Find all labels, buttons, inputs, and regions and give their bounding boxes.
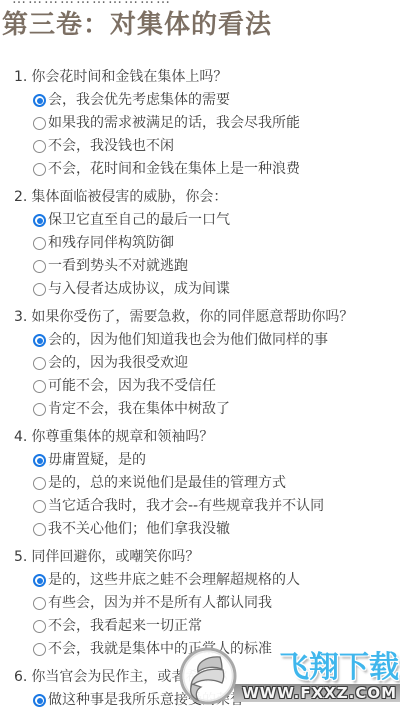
- fxxz-logo-icon: [178, 646, 238, 706]
- option-row[interactable]: 我不关心他们；他们拿我没辙: [0, 518, 400, 541]
- option-label: 有些会，因为并不是所有人都认同我: [48, 592, 272, 615]
- option-row[interactable]: 会的，因为我很受欢迎: [0, 352, 400, 375]
- radio-unselected-icon[interactable]: [33, 237, 46, 250]
- option-label: 是的，这些井底之蛙不会理解超规格的人: [48, 569, 300, 592]
- option-label: 可能不会，因为我不受信任: [48, 375, 216, 398]
- question-label: 同伴回避你，或嘲笑你吗？: [31, 549, 199, 565]
- option-label: 会，我会优先考虑集体的需要: [48, 89, 230, 112]
- option-label: 不会，花时间和金钱在集体上是一种浪费: [48, 158, 300, 181]
- option-label: 毋庸置疑，是的: [48, 449, 146, 472]
- radio-selected-icon[interactable]: [33, 574, 46, 587]
- question-block: 3.如果你受伤了，需要急救，你的同伴愿意帮助你吗？会的，因为他们知道我也会为他们…: [0, 306, 400, 421]
- radio-unselected-icon[interactable]: [33, 163, 46, 176]
- watermark-text-block: 飞翔下载 WWW.FXXZ.COM: [234, 651, 400, 702]
- question-block: 5.同伴回避你，或嘲笑你吗？是的，这些井底之蛙不会理解超规格的人有些会，因为并不…: [0, 546, 400, 661]
- question-text: 2.集体面临被侵害的威胁，你会：: [0, 186, 400, 209]
- option-row[interactable]: 可能不会，因为我不受信任: [0, 375, 400, 398]
- option-label: 如果我的需求被满足的话，我会尽我所能: [48, 112, 300, 135]
- question-text: 5.同伴回避你，或嘲笑你吗？: [0, 546, 400, 569]
- question-block: 1.你会花时间和金钱在集体上吗？会，我会优先考虑集体的需要如果我的需求被满足的话…: [0, 66, 400, 181]
- radio-unselected-icon[interactable]: [33, 283, 46, 296]
- option-row[interactable]: 当它适合我时，我才会--有些规章我并不认同: [0, 495, 400, 518]
- page-title: 第三卷：对集体的看法: [2, 9, 400, 41]
- option-row[interactable]: 毋庸置疑，是的: [0, 449, 400, 472]
- watermark-url: WWW.FXXZ.COM: [234, 684, 400, 702]
- radio-unselected-icon[interactable]: [33, 260, 46, 273]
- option-row[interactable]: 不会，我没钱也不闲: [0, 135, 400, 158]
- question-label: 集体面临被侵害的威胁，你会：: [31, 189, 227, 205]
- option-row[interactable]: 有些会，因为并不是所有人都认同我: [0, 592, 400, 615]
- radio-selected-icon[interactable]: [33, 454, 46, 467]
- option-label: 与入侵者达成协议，成为间谍: [48, 278, 230, 301]
- radio-unselected-icon[interactable]: [33, 140, 46, 153]
- radio-selected-icon[interactable]: [33, 214, 46, 227]
- option-label: 肯定不会，我在集体中树敌了: [48, 398, 230, 421]
- option-label: 一看到势头不对就逃跑: [48, 255, 188, 278]
- question-text: 1.你会花时间和金钱在集体上吗？: [0, 66, 400, 89]
- option-label: 会的，因为我很受欢迎: [48, 352, 188, 375]
- question-number: 1.: [14, 69, 27, 85]
- option-row[interactable]: 不会，花时间和金钱在集体上是一种浪费: [0, 158, 400, 181]
- radio-unselected-icon[interactable]: [33, 403, 46, 416]
- radio-selected-icon[interactable]: [33, 94, 46, 107]
- radio-unselected-icon[interactable]: [33, 357, 46, 370]
- question-label: 你会花时间和金钱在集体上吗？: [31, 69, 227, 85]
- radio-unselected-icon[interactable]: [33, 523, 46, 536]
- option-row[interactable]: 是的，这些井底之蛙不会理解超规格的人: [0, 569, 400, 592]
- option-row[interactable]: 不会，我看起来一切正常: [0, 615, 400, 638]
- option-row[interactable]: 会的，因为他们知道我也会为他们做同样的事: [0, 329, 400, 352]
- radio-unselected-icon[interactable]: [33, 643, 46, 656]
- radio-unselected-icon[interactable]: [33, 620, 46, 633]
- option-label: 当它适合我时，我才会--有些规章我并不认同: [48, 495, 324, 518]
- watermark: 飞翔下载 WWW.FXXZ.COM: [178, 646, 400, 706]
- question-text: 4.你尊重集体的规章和领袖吗？: [0, 426, 400, 449]
- radio-unselected-icon[interactable]: [33, 500, 46, 513]
- question-number: 4.: [14, 429, 27, 445]
- question-number: 5.: [14, 549, 27, 565]
- option-row[interactable]: 肯定不会，我在集体中树敌了: [0, 398, 400, 421]
- clipped-previous-line-text: …………………………: [0, 0, 400, 7]
- option-label: 我不关心他们；他们拿我没辙: [48, 518, 230, 541]
- option-label: 保卫它直至自己的最后一口气: [48, 209, 230, 232]
- question-label: 如果你受伤了，需要急救，你的同伴愿意帮助你吗？: [31, 309, 353, 325]
- question-number: 6.: [14, 669, 27, 685]
- radio-unselected-icon[interactable]: [33, 117, 46, 130]
- question-block: 4.你尊重集体的规章和领袖吗？毋庸置疑，是的是的，总的来说他们是最佳的管理方式当…: [0, 426, 400, 541]
- clipped-previous-line: …………………………: [0, 0, 400, 7]
- survey-page: ………………………… 第三卷：对集体的看法 1.你会花时间和金钱在集体上吗？会，…: [0, 0, 400, 711]
- option-row[interactable]: 如果我的需求被满足的话，我会尽我所能: [0, 112, 400, 135]
- option-row[interactable]: 和残存同伴构筑防御: [0, 232, 400, 255]
- question-block: 2.集体面临被侵害的威胁，你会：保卫它直至自己的最后一口气和残存同伴构筑防御一看…: [0, 186, 400, 301]
- question-list: 1.你会花时间和金钱在集体上吗？会，我会优先考虑集体的需要如果我的需求被满足的话…: [0, 66, 400, 711]
- question-number: 3.: [14, 309, 27, 325]
- radio-selected-icon[interactable]: [33, 334, 46, 347]
- option-label: 不会，我看起来一切正常: [48, 615, 202, 638]
- question-label: 你尊重集体的规章和领袖吗？: [31, 429, 213, 445]
- option-row[interactable]: 一看到势头不对就逃跑: [0, 255, 400, 278]
- option-label: 会的，因为他们知道我也会为他们做同样的事: [48, 329, 328, 352]
- radio-unselected-icon[interactable]: [33, 477, 46, 490]
- option-label: 不会，我没钱也不闲: [48, 135, 174, 158]
- option-label: 是的，总的来说他们是最佳的管理方式: [48, 472, 286, 495]
- option-label: 和残存同伴构筑防御: [48, 232, 174, 255]
- option-row[interactable]: 是的，总的来说他们是最佳的管理方式: [0, 472, 400, 495]
- question-number: 2.: [14, 189, 27, 205]
- question-text: 3.如果你受伤了，需要急救，你的同伴愿意帮助你吗？: [0, 306, 400, 329]
- option-row[interactable]: 与入侵者达成协议，成为间谍: [0, 278, 400, 301]
- option-row[interactable]: 会，我会优先考虑集体的需要: [0, 89, 400, 112]
- radio-selected-icon[interactable]: [33, 694, 46, 707]
- watermark-brand: 飞翔下载: [279, 651, 400, 684]
- radio-unselected-icon[interactable]: [33, 380, 46, 393]
- radio-unselected-icon[interactable]: [33, 597, 46, 610]
- option-row[interactable]: 保卫它直至自己的最后一口气: [0, 209, 400, 232]
